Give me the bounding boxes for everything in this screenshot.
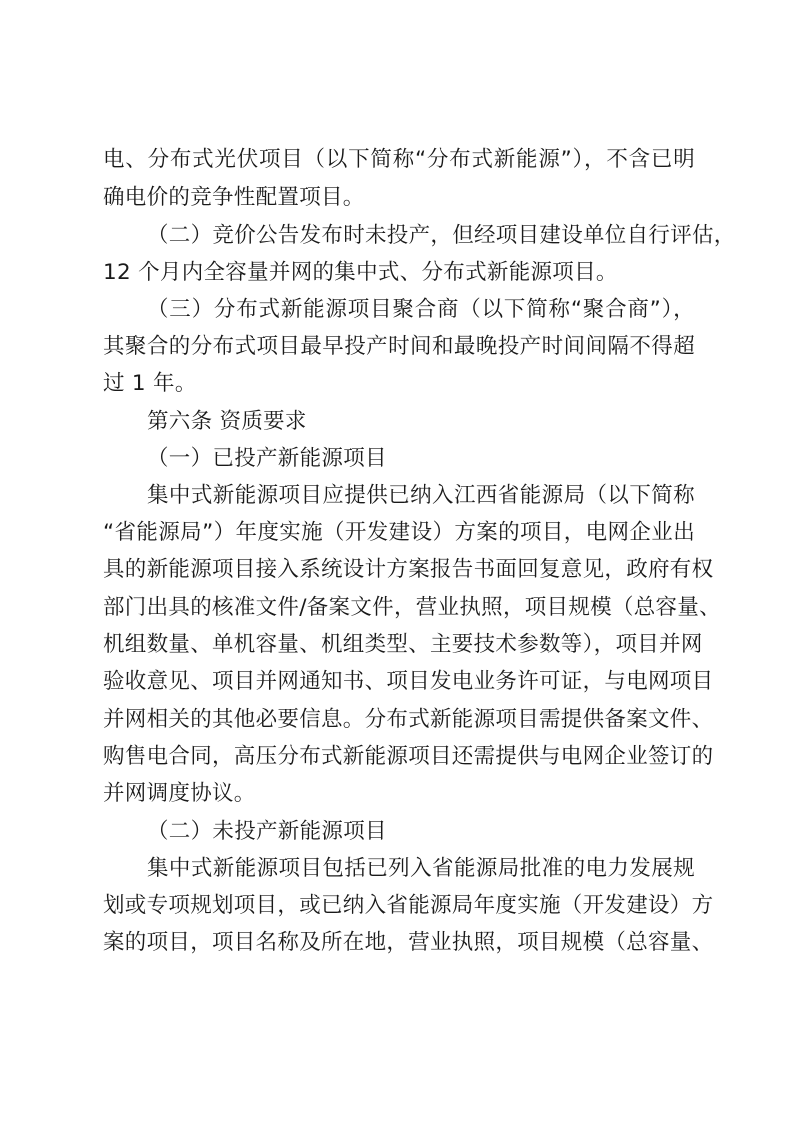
text-line-15: 验收意见、项目并网通知书、项目发电业务许可证，与电网项目 (103, 667, 695, 697)
text-line-1: 电、分布式光伏项目（以下简称“分布式新能源”），不含已明 (103, 145, 695, 175)
text-line-16: 并网相关的其他必要信息。分布式新能源项目需提供备案文件、 (103, 705, 695, 735)
text-line-18: 并网调度协议。 (103, 779, 256, 809)
text-line-5: （三）分布式新能源项目聚合商（以下简称“聚合商”）， (147, 295, 695, 325)
text-line-17: 购售电合同，高压分布式新能源项目还需提供与电网企业签订的 (103, 742, 695, 772)
text-line-11: “省能源局”）年度实施（开发建设）方案的项目，电网企业出 (103, 518, 695, 548)
text-line-3: （二）竞价公告发布时未投产，但经项目建设单位自行评估， (147, 221, 695, 251)
subsection-heading-2: （二）未投产新能源项目 (147, 817, 387, 847)
text-line-2: 确电价的竞争性配置项目。 (103, 183, 365, 213)
text-line-13: 部门出具的核准文件/备案文件，营业执照，项目规模（总容量、 (103, 593, 695, 623)
text-line-12: 具的新能源项目接入系统设计方案报告书面回复意见，政府有权 (103, 555, 695, 585)
text-line-4: 12 个月内全容量并网的集中式、分布式新能源项目。 (103, 258, 618, 288)
text-line-20: 集中式新能源项目包括已列入省能源局批准的电力发展规 (147, 854, 695, 884)
text-line-14: 机组数量、单机容量、机组类型、主要技术参数等），项目并网 (103, 630, 695, 660)
text-line-22: 案的项目，项目名称及所在地，营业执照，项目规模（总容量、 (103, 928, 695, 958)
section-heading-article-6: 第六条 资质要求 (147, 407, 307, 437)
text-line-10: 集中式新能源项目应提供已纳入江西省能源局（以下简称 (147, 481, 695, 511)
text-line-6: 其聚合的分布式项目最早投产时间和最晚投产时间间隔不得超 (103, 332, 695, 362)
text-line-21: 划或专项规划项目，或已纳入省能源局年度实施（开发建设）方 (103, 891, 695, 921)
text-line-7: 过 1 年。 (103, 369, 197, 399)
subsection-heading-1: （一）已投产新能源项目 (147, 444, 387, 474)
